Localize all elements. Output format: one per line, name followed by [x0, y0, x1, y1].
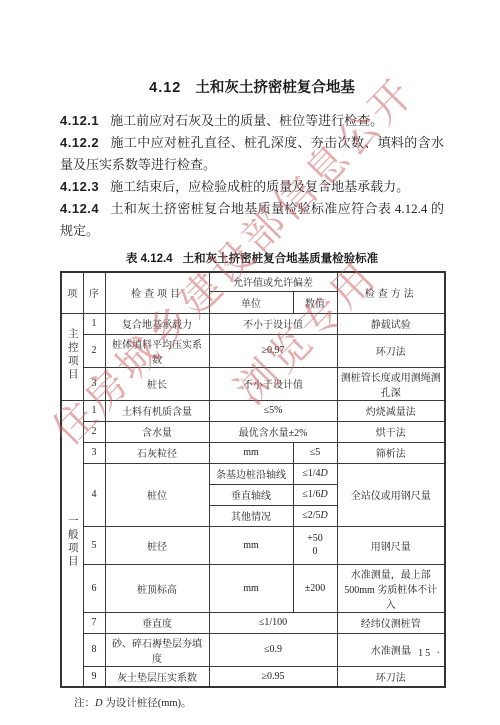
table-row: 5 桩径 mm +50 0 用钢尺量: [61, 526, 445, 564]
cell-item: 桩顶标高: [105, 564, 209, 612]
cell-item: 复合地基承载力: [105, 313, 209, 334]
clause-text: 施工结束后，应检验成桩的质量及复合地基承载力。: [110, 179, 409, 194]
section-title: 4.12土和灰土挤密桩复合地基: [60, 76, 444, 97]
section-title-text: 土和灰土挤密桩复合地基: [195, 80, 355, 96]
cell-item: 含水量: [105, 421, 209, 442]
cell-subcondition: 其他情况: [209, 505, 293, 526]
cell-seq: 7: [83, 612, 105, 633]
cell-item: 桩长: [105, 367, 209, 400]
note-symbol: D: [95, 698, 103, 709]
cell-subcondition: 条基边桩沿轴线: [209, 463, 293, 484]
cell-seq: 9: [83, 666, 105, 687]
header-value: 数值: [293, 291, 337, 313]
clause-4-12-1: 4.12.1施工前应对石灰及土的质量、桩位等进行检查。: [60, 110, 444, 132]
page-number: · 15 ·: [408, 648, 442, 659]
cell-item: 桩体填料平均压实系数: [105, 334, 209, 367]
cell-seq: 4: [83, 463, 105, 526]
cell-allowed: ≤0.9: [209, 633, 337, 666]
cell-value: ≤5: [293, 442, 337, 463]
cell-unit: mm: [209, 526, 293, 564]
table-row: 4 桩位 条基边桩沿轴线 ≤1/4D 全站仪或用钢尺量: [61, 463, 445, 484]
cell-item: 桩位: [105, 463, 209, 526]
cell-value: +50 0: [293, 526, 337, 564]
header-seq: 序: [83, 272, 105, 313]
page-content: 4.12土和灰土挤密桩复合地基 4.12.1施工前应对石灰及土的质量、桩位等进行…: [60, 76, 444, 710]
header-check-item: 检查项目: [105, 272, 209, 313]
clause-4-12-3: 4.12.3施工结束后，应检验成桩的质量及复合地基承载力。: [60, 176, 444, 198]
header-item: 项: [61, 272, 83, 313]
cell-item: 石灰粒径: [105, 442, 209, 463]
cell-allowed: ≤1/100: [209, 612, 337, 633]
table-row: 一般项目 1 土料有机质含量 ≤5% 灼烧减量法: [61, 400, 445, 421]
cell-method: 用钢尺量: [337, 526, 445, 564]
cell-item: 砂、碎石褥垫层夯填度: [105, 633, 209, 666]
cell-seq: 1: [83, 400, 105, 421]
cell-value: ≤1/6D: [293, 484, 337, 505]
table-note: 注：D 为设计桩径(mm)。: [74, 695, 444, 710]
table-header-row-1: 项 序 检查项目 允许值或允许偏差 检查方法: [61, 272, 445, 291]
table-row: 8 砂、碎石褥垫层夯填度 ≤0.9 水准测量: [61, 633, 445, 666]
cell-item: 土料有机质含量: [105, 400, 209, 421]
clause-4-12-2: 4.12.2施工中应对桩孔直径、桩孔深度、夯击次数、填料的含水量及压实系数等进行…: [60, 132, 444, 176]
cell-method: 静载试验: [337, 313, 445, 334]
table-row: 主控项目 1 复合地基承载力 不小于设计值 静载试验: [61, 313, 445, 334]
cell-seq: 2: [83, 421, 105, 442]
tolerance-upper: +50: [296, 532, 335, 545]
category-general: 一般项目: [61, 400, 83, 687]
cell-seq: 5: [83, 526, 105, 564]
cell-method: 烘干法: [337, 421, 445, 442]
tolerance-lower: 0: [296, 545, 335, 558]
document-page: 住房城乡建设部信息公开 浏览专用 4.12土和灰土挤密桩复合地基 4.12.1施…: [0, 0, 500, 725]
table-row: 2 含水量 最优含水量±2% 烘干法: [61, 421, 445, 442]
cell-method: 水准测量，最上部500mm 劣质桩体不计入: [337, 564, 445, 612]
cell-allowed: 不小于设计值: [209, 367, 337, 400]
cell-subcondition: 垂直轴线: [209, 484, 293, 505]
table-row: 3 石灰粒径 mm ≤5 筛析法: [61, 442, 445, 463]
clause-text: 土和灰土挤密桩复合地基质量检验标准应符合表 4.12.4 的规定。: [60, 201, 444, 238]
header-method: 检查方法: [337, 272, 445, 313]
clause-number: 4.12.4: [60, 201, 99, 216]
inspection-standard-table: 项 序 检查项目 允许值或允许偏差 检查方法 单位 数值 主控项目 1 复合地基…: [60, 271, 446, 688]
cell-allowed: ≤5%: [209, 400, 337, 421]
table-row: 2 桩体填料平均压实系数 ≥0.97 环刀法: [61, 334, 445, 367]
cell-seq: 2: [83, 334, 105, 367]
cell-method: 筛析法: [337, 442, 445, 463]
table-row: 9 灰土垫层压实系数 ≥0.95 环刀法: [61, 666, 445, 687]
table-caption-label: 表 4.12.4: [126, 253, 173, 265]
clause-number: 4.12.2: [60, 135, 99, 150]
cell-method: 全站仪或用钢尺量: [337, 463, 445, 526]
cell-method: 环刀法: [337, 334, 445, 367]
cell-item: 垂直度: [105, 612, 209, 633]
cell-allowed: ≥0.97: [209, 334, 337, 367]
cell-unit: mm: [209, 564, 293, 612]
table-row: 6 桩顶标高 mm ±200 水准测量，最上部500mm 劣质桩体不计入: [61, 564, 445, 612]
cell-method: 测桩管长度或用测绳测孔深: [337, 367, 445, 400]
cell-value: ≤1/4D: [293, 463, 337, 484]
cell-method: 灼烧减量法: [337, 400, 445, 421]
header-unit: 单位: [209, 291, 293, 313]
cell-allowed: ≥0.95: [209, 666, 337, 687]
cell-seq: 1: [83, 313, 105, 334]
table-caption-title: 土和灰土挤密桩复合地基质量检验标准: [183, 253, 379, 265]
cell-value: ≤2/5D: [293, 505, 337, 526]
cell-unit: mm: [209, 442, 293, 463]
clause-text: 施工前应对石灰及土的质量、桩位等进行检查。: [110, 113, 383, 128]
table-row: 3 桩长 不小于设计值 测桩管长度或用测绳测孔深: [61, 367, 445, 400]
cell-seq: 6: [83, 564, 105, 612]
section-number: 4.12: [149, 80, 181, 96]
clause-number: 4.12.1: [60, 113, 99, 128]
cell-allowed: 不小于设计值: [209, 313, 337, 334]
cell-seq: 3: [83, 442, 105, 463]
cell-seq: 8: [83, 633, 105, 666]
table-row: 7 垂直度 ≤1/100 经纬仪测桩管: [61, 612, 445, 633]
clause-4-12-4: 4.12.4土和灰土挤密桩复合地基质量检验标准应符合表 4.12.4 的规定。: [60, 198, 444, 242]
cell-seq: 3: [83, 367, 105, 400]
note-text: 为设计桩径(mm)。: [103, 698, 192, 709]
category-main: 主控项目: [61, 313, 83, 400]
cell-item: 桩径: [105, 526, 209, 564]
cell-method: 经纬仪测桩管: [337, 612, 445, 633]
clause-number: 4.12.3: [60, 179, 99, 194]
header-allowed: 允许值或允许偏差: [209, 272, 337, 291]
note-prefix: 注：: [74, 698, 95, 709]
cell-item: 灰土垫层压实系数: [105, 666, 209, 687]
cell-allowed: 最优含水量±2%: [209, 421, 337, 442]
clause-text: 施工中应对桩孔直径、桩孔深度、夯击次数、填料的含水量及压实系数等进行检查。: [60, 135, 444, 172]
cell-method: 环刀法: [337, 666, 445, 687]
cell-value: ±200: [293, 564, 337, 612]
table-caption: 表 4.12.4土和灰土挤密桩复合地基质量检验标准: [60, 250, 444, 266]
